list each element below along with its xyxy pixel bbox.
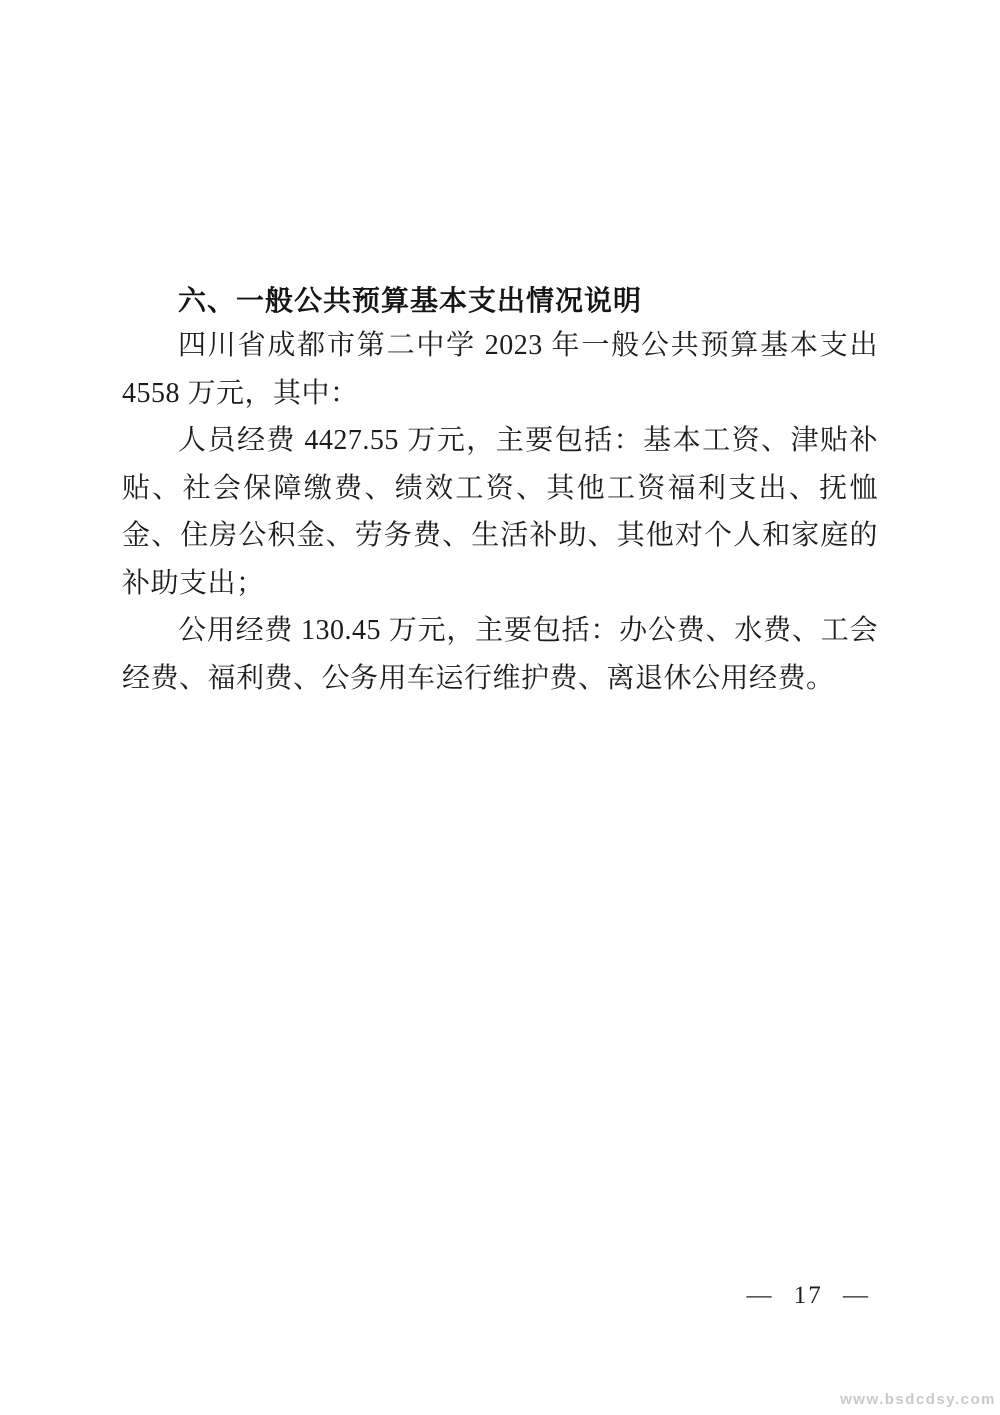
paragraph-personnel-expenses: 人员经费 4427.55 万元，主要包括：基本工资、津贴补贴、社会保障缴费、绩效…	[122, 417, 878, 607]
section-heading: 六、一般公共预算基本支出情况说明	[122, 282, 878, 320]
page-number: — 17 —	[747, 1282, 871, 1310]
document-body: 四川省成都市第二中学 2023 年一般公共预算基本支出 4558 万元，其中： …	[122, 322, 878, 702]
paragraph-intro: 四川省成都市第二中学 2023 年一般公共预算基本支出 4558 万元，其中：	[122, 322, 878, 417]
watermark: www.bsdcdsy.com	[840, 1391, 996, 1408]
document-page: 六、一般公共预算基本支出情况说明 四川省成都市第二中学 2023 年一般公共预算…	[0, 0, 1000, 1415]
paragraph-public-expenses: 公用经费 130.45 万元，主要包括：办公费、水费、工会经费、福利费、公务用车…	[122, 607, 878, 702]
